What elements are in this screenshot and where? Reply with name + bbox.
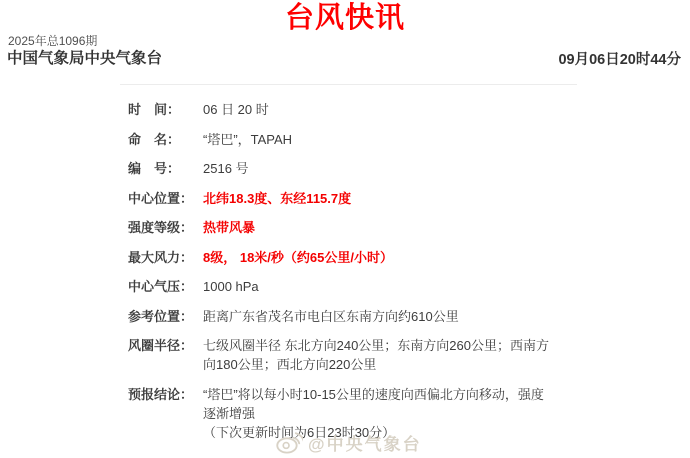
header-divider [120, 84, 577, 85]
bulletin-row-name: 命 名： “塔巴”，TAPAH [128, 130, 556, 149]
bulletin-row-pressure: 中心气压： 1000 hPa [128, 277, 556, 296]
row-label: 中心气压： [128, 277, 203, 296]
bulletin-row-max-wind: 最大风力： 8级， 18米/秒（约65公里/小时） [128, 248, 556, 267]
row-label: 时 间： [128, 100, 203, 119]
watermark-text: @中央气象台 [308, 430, 422, 455]
row-label: 强度等级： [128, 218, 203, 237]
watermark: @中央气象台 [276, 430, 422, 455]
bulletin-row-wind-radius: 风圈半径： 七级风圈半径 东北方向240公里；东南方向260公里；西南方向180… [128, 336, 556, 374]
typhoon-bulletin: 台风快讯 2025年总1096期 中国气象局中央气象台 09月06日20时44分… [0, 0, 690, 458]
row-value: 七级风圈半径 东北方向240公里；东南方向260公里；西南方向180公里；西北方… [203, 336, 553, 374]
page-title: 台风快讯 [0, 1, 690, 35]
row-label: 命 名： [128, 130, 203, 149]
row-value: 8级， 18米/秒（约65公里/小时） [203, 248, 553, 267]
bulletin-table: 时 间： 06 日 20 时 命 名： “塔巴”，TAPAH 编 号： 2516… [128, 100, 556, 452]
row-value: “塔巴”，TAPAH [203, 130, 553, 149]
row-value: 2516 号 [203, 159, 553, 178]
row-value: 距离广东省茂名市电白区东南方向约610公里 [203, 307, 553, 326]
weibo-icon [276, 431, 303, 454]
publish-time: 09月06日20时44分 [558, 51, 681, 69]
row-value: 06 日 20 时 [203, 100, 553, 119]
row-label: 参考位置： [128, 307, 203, 326]
issue-number: 2025年总1096期 [8, 34, 97, 48]
bulletin-row-reference-position: 参考位置： 距离广东省茂名市电白区东南方向约610公里 [128, 307, 556, 326]
forecast-text: “塔巴”将以每小时10-15公里的速度向西偏北方向移动，强度逐渐增强 [203, 385, 553, 423]
bulletin-row-number: 编 号： 2516 号 [128, 159, 556, 178]
org-name: 中国气象局中央气象台 [7, 49, 162, 68]
row-value: 热带风暴 [203, 218, 553, 237]
row-value: 北纬18.3度、东经115.7度 [203, 189, 553, 208]
row-label: 预报结论： [128, 385, 203, 442]
row-value: 1000 hPa [203, 277, 553, 296]
bulletin-row-intensity: 强度等级： 热带风暴 [128, 218, 556, 237]
bulletin-row-time: 时 间： 06 日 20 时 [128, 100, 556, 119]
row-label: 编 号： [128, 159, 203, 178]
bulletin-row-center-position: 中心位置： 北纬18.3度、东经115.7度 [128, 189, 556, 208]
row-label: 中心位置： [128, 189, 203, 208]
row-label: 风圈半径： [128, 336, 203, 374]
row-label: 最大风力： [128, 248, 203, 267]
